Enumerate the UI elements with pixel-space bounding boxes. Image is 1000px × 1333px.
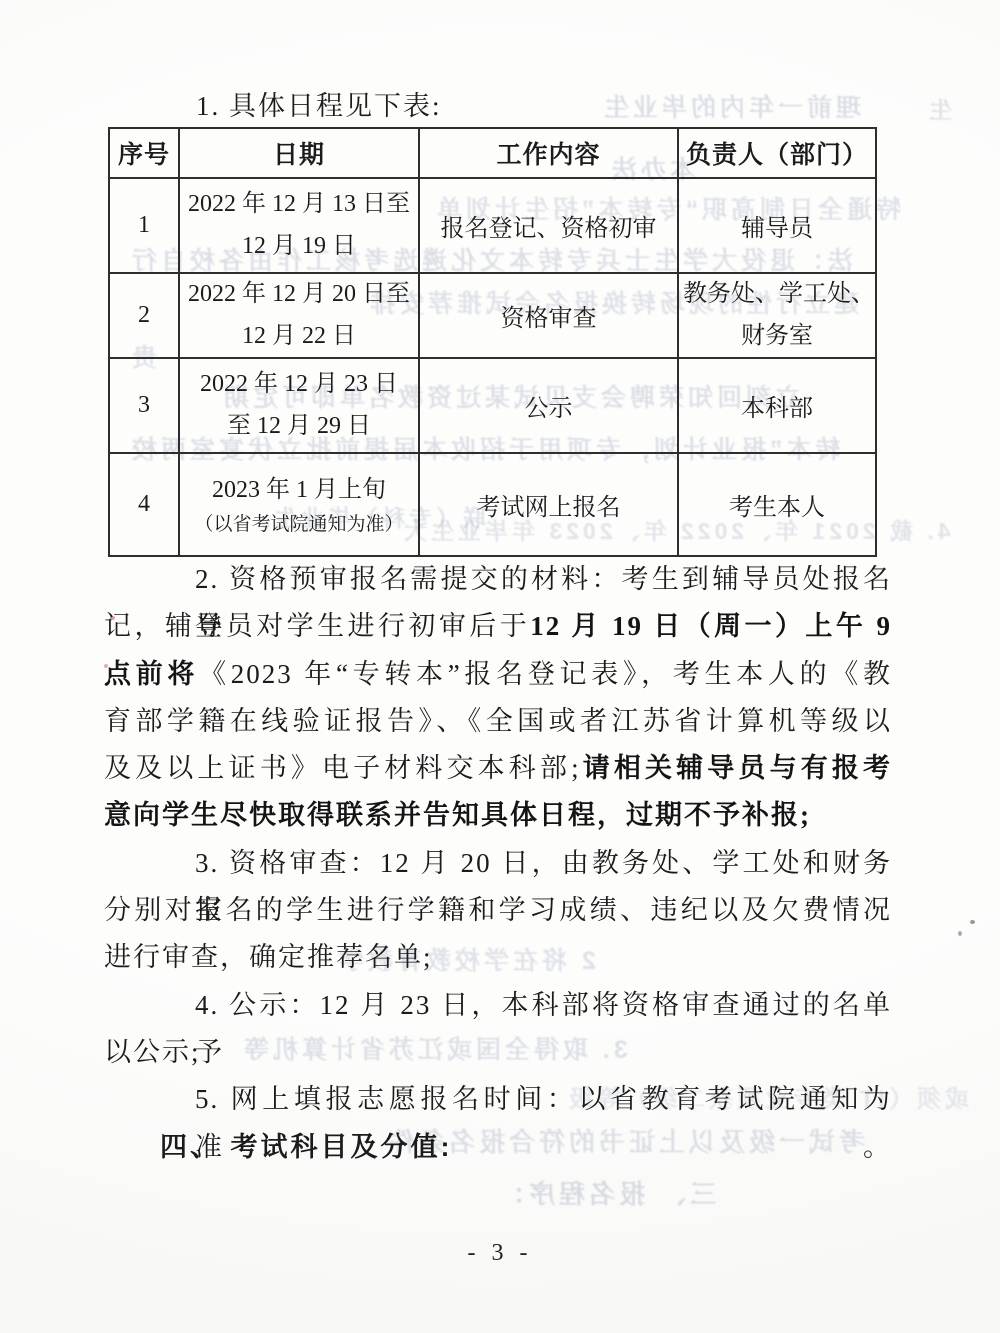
date-note: （以省考试院通知为准） <box>184 511 414 540</box>
row-owner: 教务处、学工处、 财务室 <box>678 273 876 358</box>
page-number: - 3 - <box>0 1240 1000 1267</box>
body-text-line: 分别对报名的学生进行学籍和学习成绩、违纪以及欠费情况 <box>104 887 892 934</box>
row-task: 公示 <box>419 358 678 453</box>
section-intro-line: 1. 具体日程见下表: <box>196 84 442 123</box>
date-line: 2022 年 12 月 13 日至 <box>184 184 414 225</box>
row-owner: 考生本人 <box>678 453 876 556</box>
text-segment: 进行审查，确定推荐名单; <box>104 942 433 972</box>
row-number: 4 <box>109 453 179 556</box>
body-text-line: 3. 资格审查：12 月 20 日，由教务处、学工处和财务室 <box>104 840 892 887</box>
emphasis-text: 点前将 <box>104 659 199 689</box>
row-owner: 辅导员 <box>678 178 876 273</box>
text-segment: 及及以上证书》电子材料交本科部; <box>104 753 581 783</box>
text-segment: 记，辅导员对学生进行初审后于 <box>104 611 530 641</box>
row-owner: 本科部 <box>678 358 876 453</box>
text-segment: 四、 考试科目及分值: <box>160 1132 453 1162</box>
table-header-row: 序号 日期 工作内容 负责人（部门） <box>109 128 876 178</box>
body-text-line: 4. 公示：12 月 23 日，本科部将资格审查通过的名单予 <box>104 982 892 1029</box>
owner-line: 财务室 <box>683 316 871 357</box>
date-line: 2022 年 12 月 23 日 <box>184 364 414 405</box>
emphasis-text: 请相关辅导员与有报考 <box>581 753 892 783</box>
table-header-task: 工作内容 <box>419 128 678 178</box>
body-text-line: 5. 网上填报志愿报名时间：以省教育考试院通知为准。 <box>104 1076 892 1123</box>
table-header-owner: 负责人（部门） <box>678 128 876 178</box>
row-number: 3 <box>109 358 179 453</box>
body-text-line: 点前将《2023 年“专转本”报名登记表》，考生本人的《教 <box>104 651 892 698</box>
scanned-document-page: { "document": { "intro_heading": "1. 具体日… <box>0 0 1000 1333</box>
text-segment: 《2023 年“专转本”报名登记表》，考生本人的《教 <box>199 659 892 689</box>
row-date: 2022 年 12 月 20 日至 12 月 22 日 <box>179 273 419 358</box>
table-row: 1 2022 年 12 月 13 日至 12 月 19 日 报名登记、资格初审 … <box>109 178 876 273</box>
row-date: 2023 年 1 月上旬 （以省考试院通知为准） <box>179 453 419 556</box>
body-text-line: 进行审查，确定推荐名单; <box>104 934 892 981</box>
date-line: 12 月 22 日 <box>184 316 414 357</box>
body-text-line: 育部学籍在线验证报告》、《全国或者江苏省计算机等级以 <box>104 698 892 745</box>
date-line: 2022 年 12 月 20 日至 <box>184 274 414 315</box>
schedule-table: 序号 日期 工作内容 负责人（部门） 1 2022 年 12 月 13 日至 1… <box>108 127 877 557</box>
date-line: 12 月 19 日 <box>184 226 414 267</box>
row-date: 2022 年 12 月 23 日 至 12 月 29 日 <box>179 358 419 453</box>
table-row: 3 2022 年 12 月 23 日 至 12 月 29 日 公示 本科部 <box>109 358 876 453</box>
row-number: 1 <box>109 178 179 273</box>
row-date: 2022 年 12 月 13 日至 12 月 19 日 <box>179 178 419 273</box>
table-row: 4 2023 年 1 月上旬 （以省考试院通知为准） 考试网上报名 考生本人 <box>109 453 876 556</box>
owner-line: 教务处、学工处、 <box>683 274 871 315</box>
body-text-line: 记，辅导员对学生进行初审后于12 月 19 日（周一）上午 9 <box>104 603 892 650</box>
text-segment: 分别对报名的学生进行学籍和学习成绩、违纪以及欠费情况 <box>104 895 892 925</box>
row-task: 资格审查 <box>419 273 678 358</box>
text-segment: 以公示; <box>104 1037 201 1067</box>
body-text: 2. 资格预审报名需提交的材料：考生到辅导员处报名登记，辅导员对学生进行初审后于… <box>104 556 892 1171</box>
body-text-line: 及及以上证书》电子材料交本科部;请相关辅导员与有报考 <box>104 745 892 792</box>
table-row: 2 2022 年 12 月 20 日至 12 月 22 日 资格审查 教务处、学… <box>109 273 876 358</box>
date-line: 2023 年 1 月上旬 <box>184 470 414 511</box>
table-header-date: 日期 <box>179 128 419 178</box>
row-number: 2 <box>109 273 179 358</box>
emphasis-text: 12 月 19 日（周一）上午 9 <box>530 611 892 641</box>
table-header-no: 序号 <box>109 128 179 178</box>
body-text-line: 2. 资格预审报名需提交的材料：考生到辅导员处报名登 <box>104 556 892 603</box>
row-task: 考试网上报名 <box>419 453 678 556</box>
date-line: 至 12 月 29 日 <box>184 406 414 447</box>
document-content: 1. 具体日程见下表: 序号 日期 工作内容 负责人（部门） 1 2022 年 … <box>0 0 1000 1333</box>
row-task: 报名登记、资格初审 <box>419 178 678 273</box>
emphasis-text: 意向学生尽快取得联系并告知具体日程，过期不予补报; <box>104 800 811 830</box>
body-text-line: 意向学生尽快取得联系并告知具体日程，过期不予补报; <box>104 792 892 839</box>
text-segment: 育部学籍在线验证报告》、《全国或者江苏省计算机等级以 <box>104 706 892 736</box>
